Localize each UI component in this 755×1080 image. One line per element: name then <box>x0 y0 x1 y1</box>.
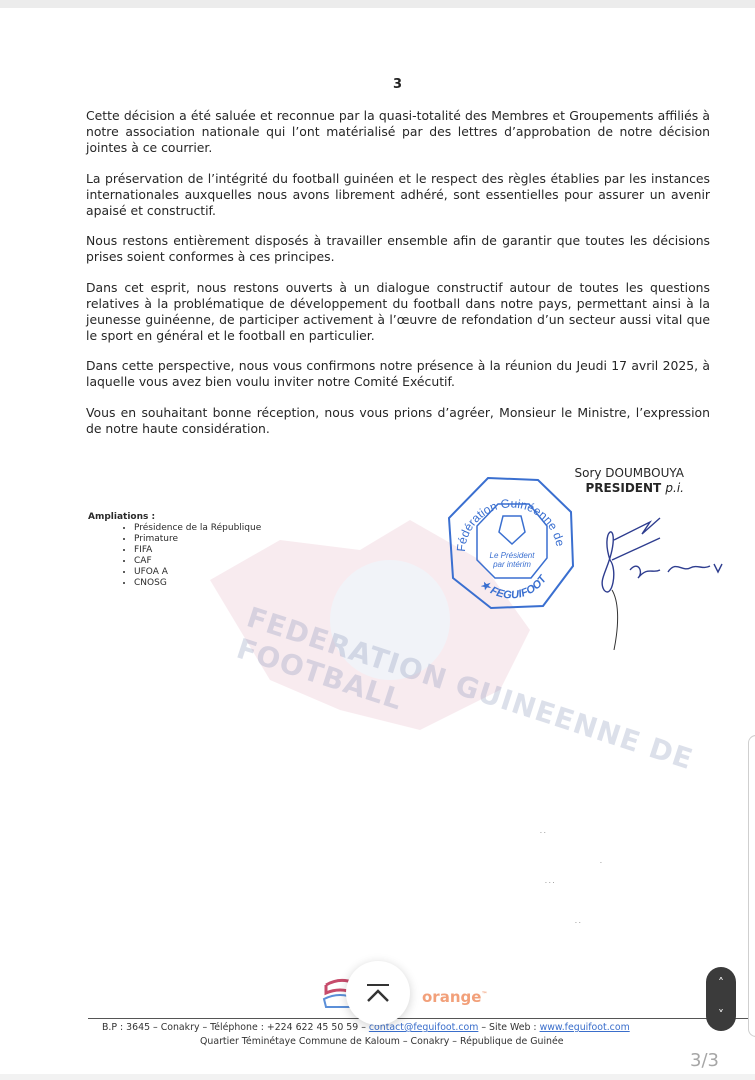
side-panel-handle[interactable] <box>748 735 755 1037</box>
top-status-bar <box>0 0 755 8</box>
ampliation-item: FIFA <box>134 545 261 556</box>
scan-speck: · · <box>540 830 546 837</box>
footer-location-line: Quartier Téminétaye Commune de Kaloum – … <box>200 1036 564 1047</box>
ampliation-item: Primature <box>134 534 261 545</box>
page-navigator: ˄ ˅ <box>706 967 736 1031</box>
chevron-up-icon[interactable]: ˄ <box>718 977 724 989</box>
scan-speck: · · · <box>545 880 555 887</box>
footer-address: B.P : 3645 – Conakry – Téléphone : +224 … <box>102 1022 366 1033</box>
letter-body: Cette décision a été saluée et reconnue … <box>86 108 710 451</box>
page-number: 3 <box>0 77 755 92</box>
svg-text:Le Président: Le Président <box>490 551 536 560</box>
svg-text:par intérim: par intérim <box>492 560 531 569</box>
footer-website-link[interactable]: www.feguifoot.com <box>540 1022 630 1033</box>
handwritten-signature-icon <box>590 500 740 650</box>
ampliations-list: Ampliations : Présidence de la Républiqu… <box>88 512 261 589</box>
ampliation-item: CAF <box>134 556 261 567</box>
orange-text: orange <box>422 988 481 1006</box>
ampliation-item: CNOSG <box>134 578 261 589</box>
orange-sponsor-logo: orange™ <box>422 988 487 1006</box>
scan-speck: · · <box>575 920 581 927</box>
scroll-to-top-button[interactable] <box>346 961 410 1025</box>
signer-block: Sory DOUMBOUYA PRESIDENT p.i. <box>562 466 684 496</box>
signer-title-suffix: p.i. <box>665 481 684 495</box>
footer-site-label: – Site Web : <box>481 1022 536 1033</box>
paragraph: Nous restons entièrement disposés à trav… <box>86 233 710 265</box>
signer-title-text: PRESIDENT <box>585 481 661 495</box>
ampliation-item: Présidence de la République <box>134 523 261 534</box>
paragraph: Vous en souhaitant bonne réception, nous… <box>86 405 710 437</box>
official-stamp-icon: Fédération Guinéenne de Football ★ FEGUI… <box>443 474 578 614</box>
ampliation-item: UFOA A <box>134 567 261 578</box>
paragraph: Cette décision a été saluée et reconnue … <box>86 108 710 156</box>
signer-name: Sory DOUMBOUYA <box>562 466 684 481</box>
paragraph: Dans cette perspective, nous vous confir… <box>86 358 710 390</box>
ampliations-header: Ampliations : <box>88 512 261 523</box>
signer-title: PRESIDENT p.i. <box>562 481 684 496</box>
svg-text:Fédération Guinéenne de Footba: Fédération Guinéenne de Football <box>443 474 567 552</box>
paragraph: La préservation de l’intégrité du footba… <box>86 171 710 219</box>
scan-speck: · <box>600 860 602 867</box>
footer-divider <box>88 1018 748 1019</box>
scroll-to-top-icon <box>365 982 391 1004</box>
chevron-down-icon[interactable]: ˅ <box>718 1009 724 1021</box>
paragraph: Dans cet esprit, nous restons ouverts à … <box>86 280 710 344</box>
footer-contact-line: B.P : 3645 – Conakry – Téléphone : +224 … <box>102 1022 630 1033</box>
page-indicator: 3/3 <box>690 1050 719 1071</box>
